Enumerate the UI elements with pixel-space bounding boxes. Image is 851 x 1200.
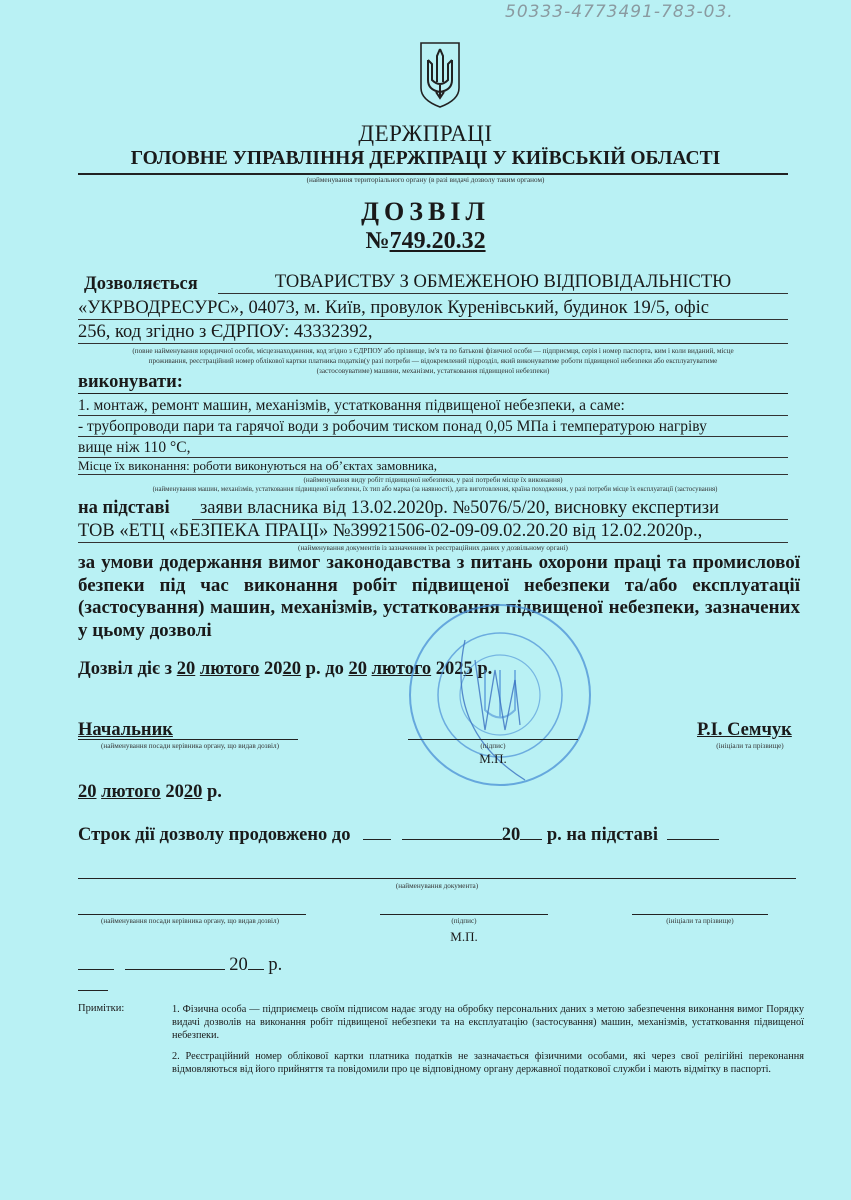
extension-seal-mark: М.П. <box>380 929 548 945</box>
sign-note: (підпис) <box>408 741 578 751</box>
seal-mark: М.П. <box>408 751 578 767</box>
grantee-line-3: 256, код згідно з ЄДРПОУ: 43332392, <box>78 322 788 344</box>
notes-label: Примітки: <box>78 1003 124 1014</box>
works-note-2: (найменування машин, механізмів, устатко… <box>60 485 810 495</box>
divider <box>78 739 298 740</box>
office-note: (найменування територіального органу (в … <box>0 175 851 185</box>
works-note-1: (найменування виду робіт підвищеної небе… <box>78 475 788 485</box>
extension-row: Строк дії дозволу продовжено до 20 р. на… <box>78 825 719 846</box>
signature-line <box>408 739 578 740</box>
document-name-note: (найменування документа) <box>78 881 796 891</box>
basis-line-1: заяви власника від 13.02.2020р. №5076/5/… <box>192 498 788 520</box>
basis-label: на підставі <box>78 498 170 519</box>
works-place: Місце їх виконання: роботи виконуються н… <box>78 458 788 475</box>
extension-sign-note: (підпис) <box>380 916 548 926</box>
grantee-line-2: «УКРВОДРЕСУРС», 04073, м. Київ, провулок… <box>78 298 788 320</box>
office-name: ГОЛОВНЕ УПРАВЛІННЯ ДЕРЖПРАЦІ У КИЇВСЬКІЙ… <box>0 148 851 170</box>
position-note: (найменування посади керівника органу, щ… <box>60 741 320 751</box>
issue-date: 20 лютого 2020 р. <box>78 782 222 803</box>
divider <box>78 393 788 394</box>
grantee-line-1: ТОВАРИСТВУ З ОБМЕЖЕНОЮ ВІДПОВІДАЛЬНІСТЮ <box>218 272 788 294</box>
extension-name-note: (ініціали та прізвище) <box>632 916 768 926</box>
extension-date: 20 р. <box>78 955 282 976</box>
signer-name: Р.І. Семчук <box>697 720 792 741</box>
extension-position-line[interactable] <box>78 914 306 915</box>
works-line-3: вище ніж 110 °С, <box>78 439 788 458</box>
footnote-divider <box>78 990 108 991</box>
signer-position: Начальник <box>78 720 173 741</box>
name-note: (ініціали та прізвище) <box>680 741 820 751</box>
note-item-2: 2. Реєстраційний номер облікової картки … <box>172 1050 804 1076</box>
extension-position-note: (найменування посади керівника органу, щ… <box>60 916 320 926</box>
number-value: 749.20.32 <box>390 228 486 254</box>
basis-line-2: ТОВ «ЕТЦ «БЕЗПЕКА ПРАЦІ» №39921506-02-09… <box>78 521 788 543</box>
works-label: виконувати: <box>78 372 183 393</box>
grantee-label: Дозволяється <box>84 274 198 295</box>
works-line-2: - трубопроводи пари та гарячої води з ро… <box>78 418 788 437</box>
works-line-1: 1. монтаж, ремонт машин, механізмів, уст… <box>78 397 788 416</box>
number-prefix: № <box>365 228 389 254</box>
extension-name-line[interactable] <box>632 914 768 915</box>
document-name-line[interactable] <box>78 878 796 879</box>
grantee-note: (повне найменування юридичної особи, міс… <box>78 346 788 376</box>
extension-signature-line[interactable] <box>380 914 548 915</box>
ukraine-coat-of-arms-icon <box>418 40 462 110</box>
document-number: №749.20.32 <box>0 228 851 255</box>
agency-name: ДЕРЖПРАЦІ <box>0 121 851 147</box>
note-item-1: 1. Фізична особа — підприємець своїм під… <box>172 1003 804 1042</box>
handwritten-registration-number: 50333-4773491-783-03. <box>505 2 734 22</box>
document-title: ДОЗВІЛ <box>0 197 851 227</box>
